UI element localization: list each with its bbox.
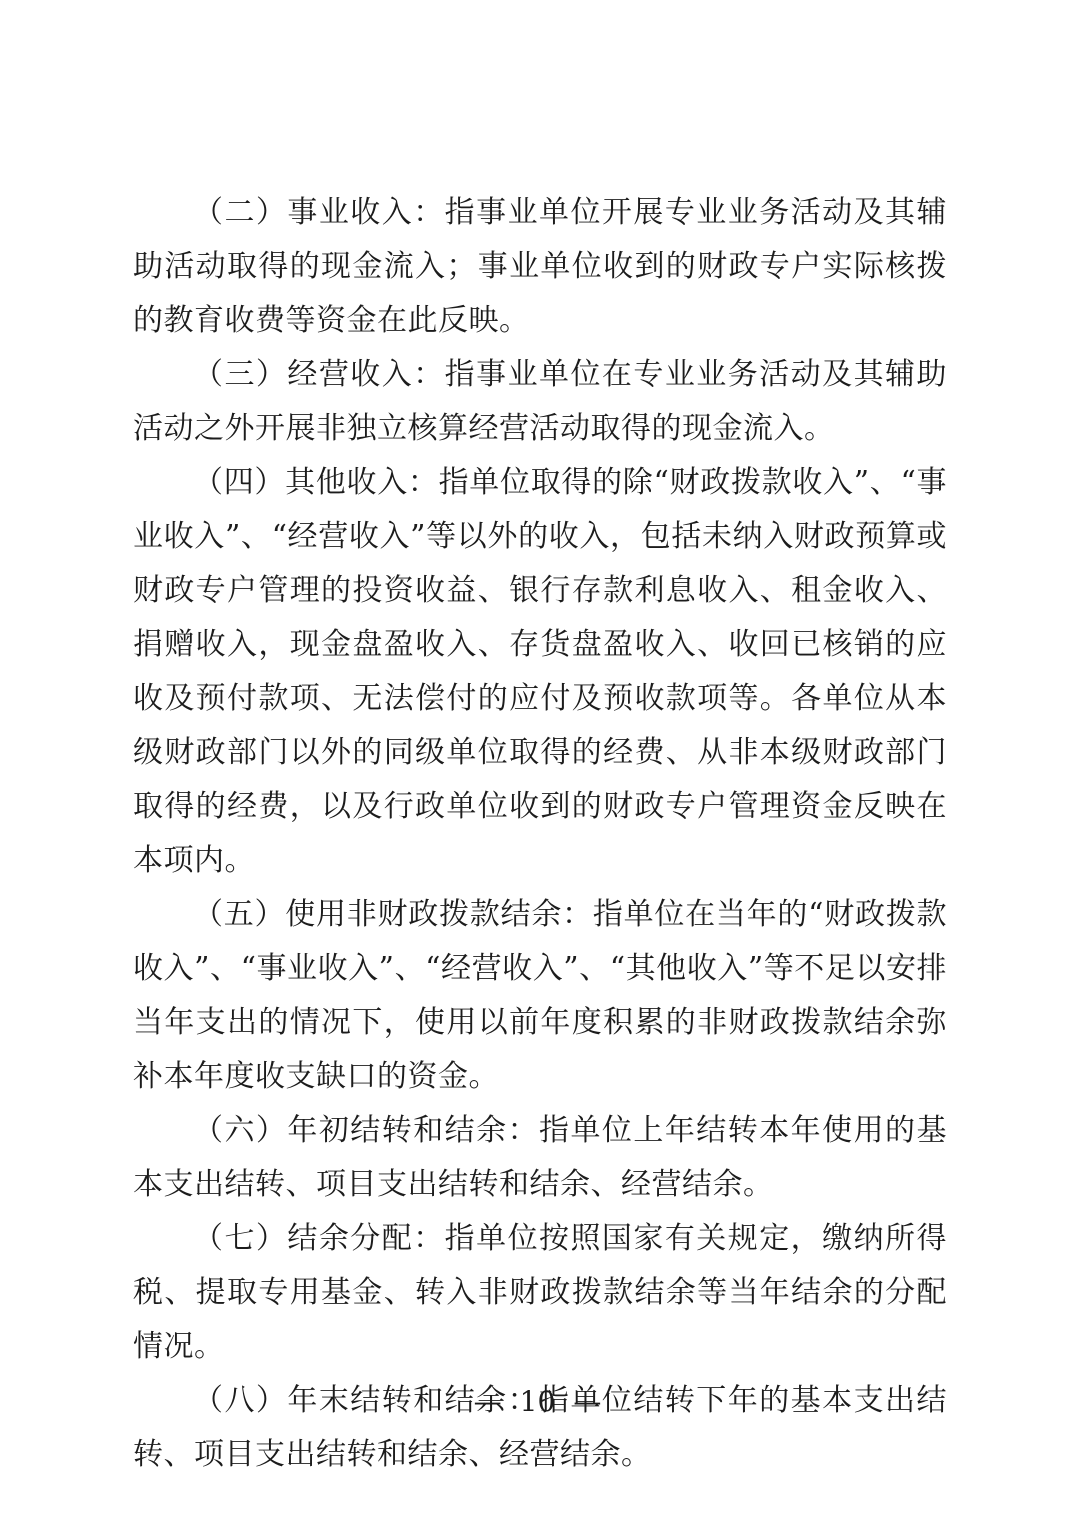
footer-right-dash: — (573, 1382, 601, 1422)
page-footer: —10— (0, 1382, 1075, 1422)
document-page: （二）事业收入：指事业单位开展专业业务活动及其辅助活动取得的现金流入；事业单位收… (0, 0, 1075, 1521)
document-body: （二）事业收入：指事业单位开展专业业务活动及其辅助活动取得的现金流入；事业单位收… (133, 186, 947, 1482)
paragraph-item-6-nianchu-jiezhuan-jieyu: （六）年初结转和结余：指单位上年结转本年使用的基本支出结转、项目支出结转和结余、… (133, 1104, 947, 1212)
paragraph-item-5-shiyong-feicaizheng-bokuan-jieyu: （五）使用非财政拨款结余：指单位在当年的“财政拨款收入”、“事业收入”、“经营收… (133, 888, 947, 1104)
page-number: 10 (520, 1385, 556, 1418)
paragraph-item-3-jingying-shouru: （三）经营收入：指事业单位在专业业务活动及其辅助活动之外开展非独立核算经营活动取… (133, 348, 947, 456)
paragraph-item-7-jieyu-fenpei: （七）结余分配：指单位按照国家有关规定，缴纳所得税、提取专用基金、转入非财政拨款… (133, 1212, 947, 1374)
footer-left-dash: — (474, 1382, 502, 1422)
paragraph-item-4-qita-shouru: （四）其他收入：指单位取得的除“财政拨款收入”、“事业收入”、“经营收入”等以外… (133, 456, 947, 888)
paragraph-item-2-shiye-shouru: （二）事业收入：指事业单位开展专业业务活动及其辅助活动取得的现金流入；事业单位收… (133, 186, 947, 348)
